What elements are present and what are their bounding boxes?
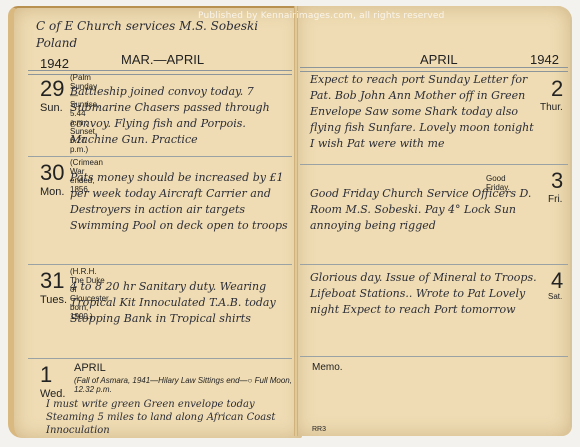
diary-entry: Battleship joined convoy today. 7 Submar… [70,84,288,148]
day-divider [300,264,568,265]
header-handwritten-note: C of E Church services M.S. Sobeski Pola… [36,18,286,52]
memo-label: Memo. [312,362,343,373]
day-number: 29 [40,76,64,102]
day-weekday: Fri. [548,194,562,205]
diary-entry: Glorious day. Issue of Mineral to Troops… [310,270,538,318]
day-number: 3 [551,168,563,194]
left-header-rule [28,70,292,75]
day-divider [300,356,568,357]
footer-code: RR3 [312,426,326,433]
day-number: 2 [551,76,563,102]
day-weekday: Thur. [540,102,563,113]
day-weekday: Tues. [40,294,67,306]
right-year: 1942 [530,52,559,67]
day-number: 31 [40,268,64,294]
day-divider [28,156,292,157]
diary-book: Published by Kennairimages.com, all righ… [8,6,574,442]
day-weekday: Sun. [40,102,63,114]
right-month: APRIL [420,52,458,67]
left-year: 1942 [40,56,69,71]
day-number: 30 [40,160,64,186]
day-divider [28,358,292,359]
day-weekday: Sat. [548,292,562,301]
day-weekday: Mon. [40,186,64,198]
diary-entry: Pats money should be increased by £1 per… [70,170,288,234]
left-month: MAR.—APRIL [121,52,204,67]
diary-entry: 4 to 8 20 hr Sanitary duty. Wearing Trop… [70,279,288,327]
day-number: 4 [551,268,563,294]
spine [294,6,298,436]
month-label: APRIL [74,362,106,374]
day-number: 1 [40,362,52,388]
day-divider [28,264,292,265]
day-divider [300,164,568,165]
printed-note: (Fall of Asmara, 1941—Hilary Law Sitting… [74,376,292,394]
diary-entry: Good Friday Church Service Officers D. R… [310,186,538,234]
diary-entry: Expect to reach port Sunday Letter for P… [310,72,538,152]
diary-entry: I must write green Green envelope today … [46,398,292,437]
